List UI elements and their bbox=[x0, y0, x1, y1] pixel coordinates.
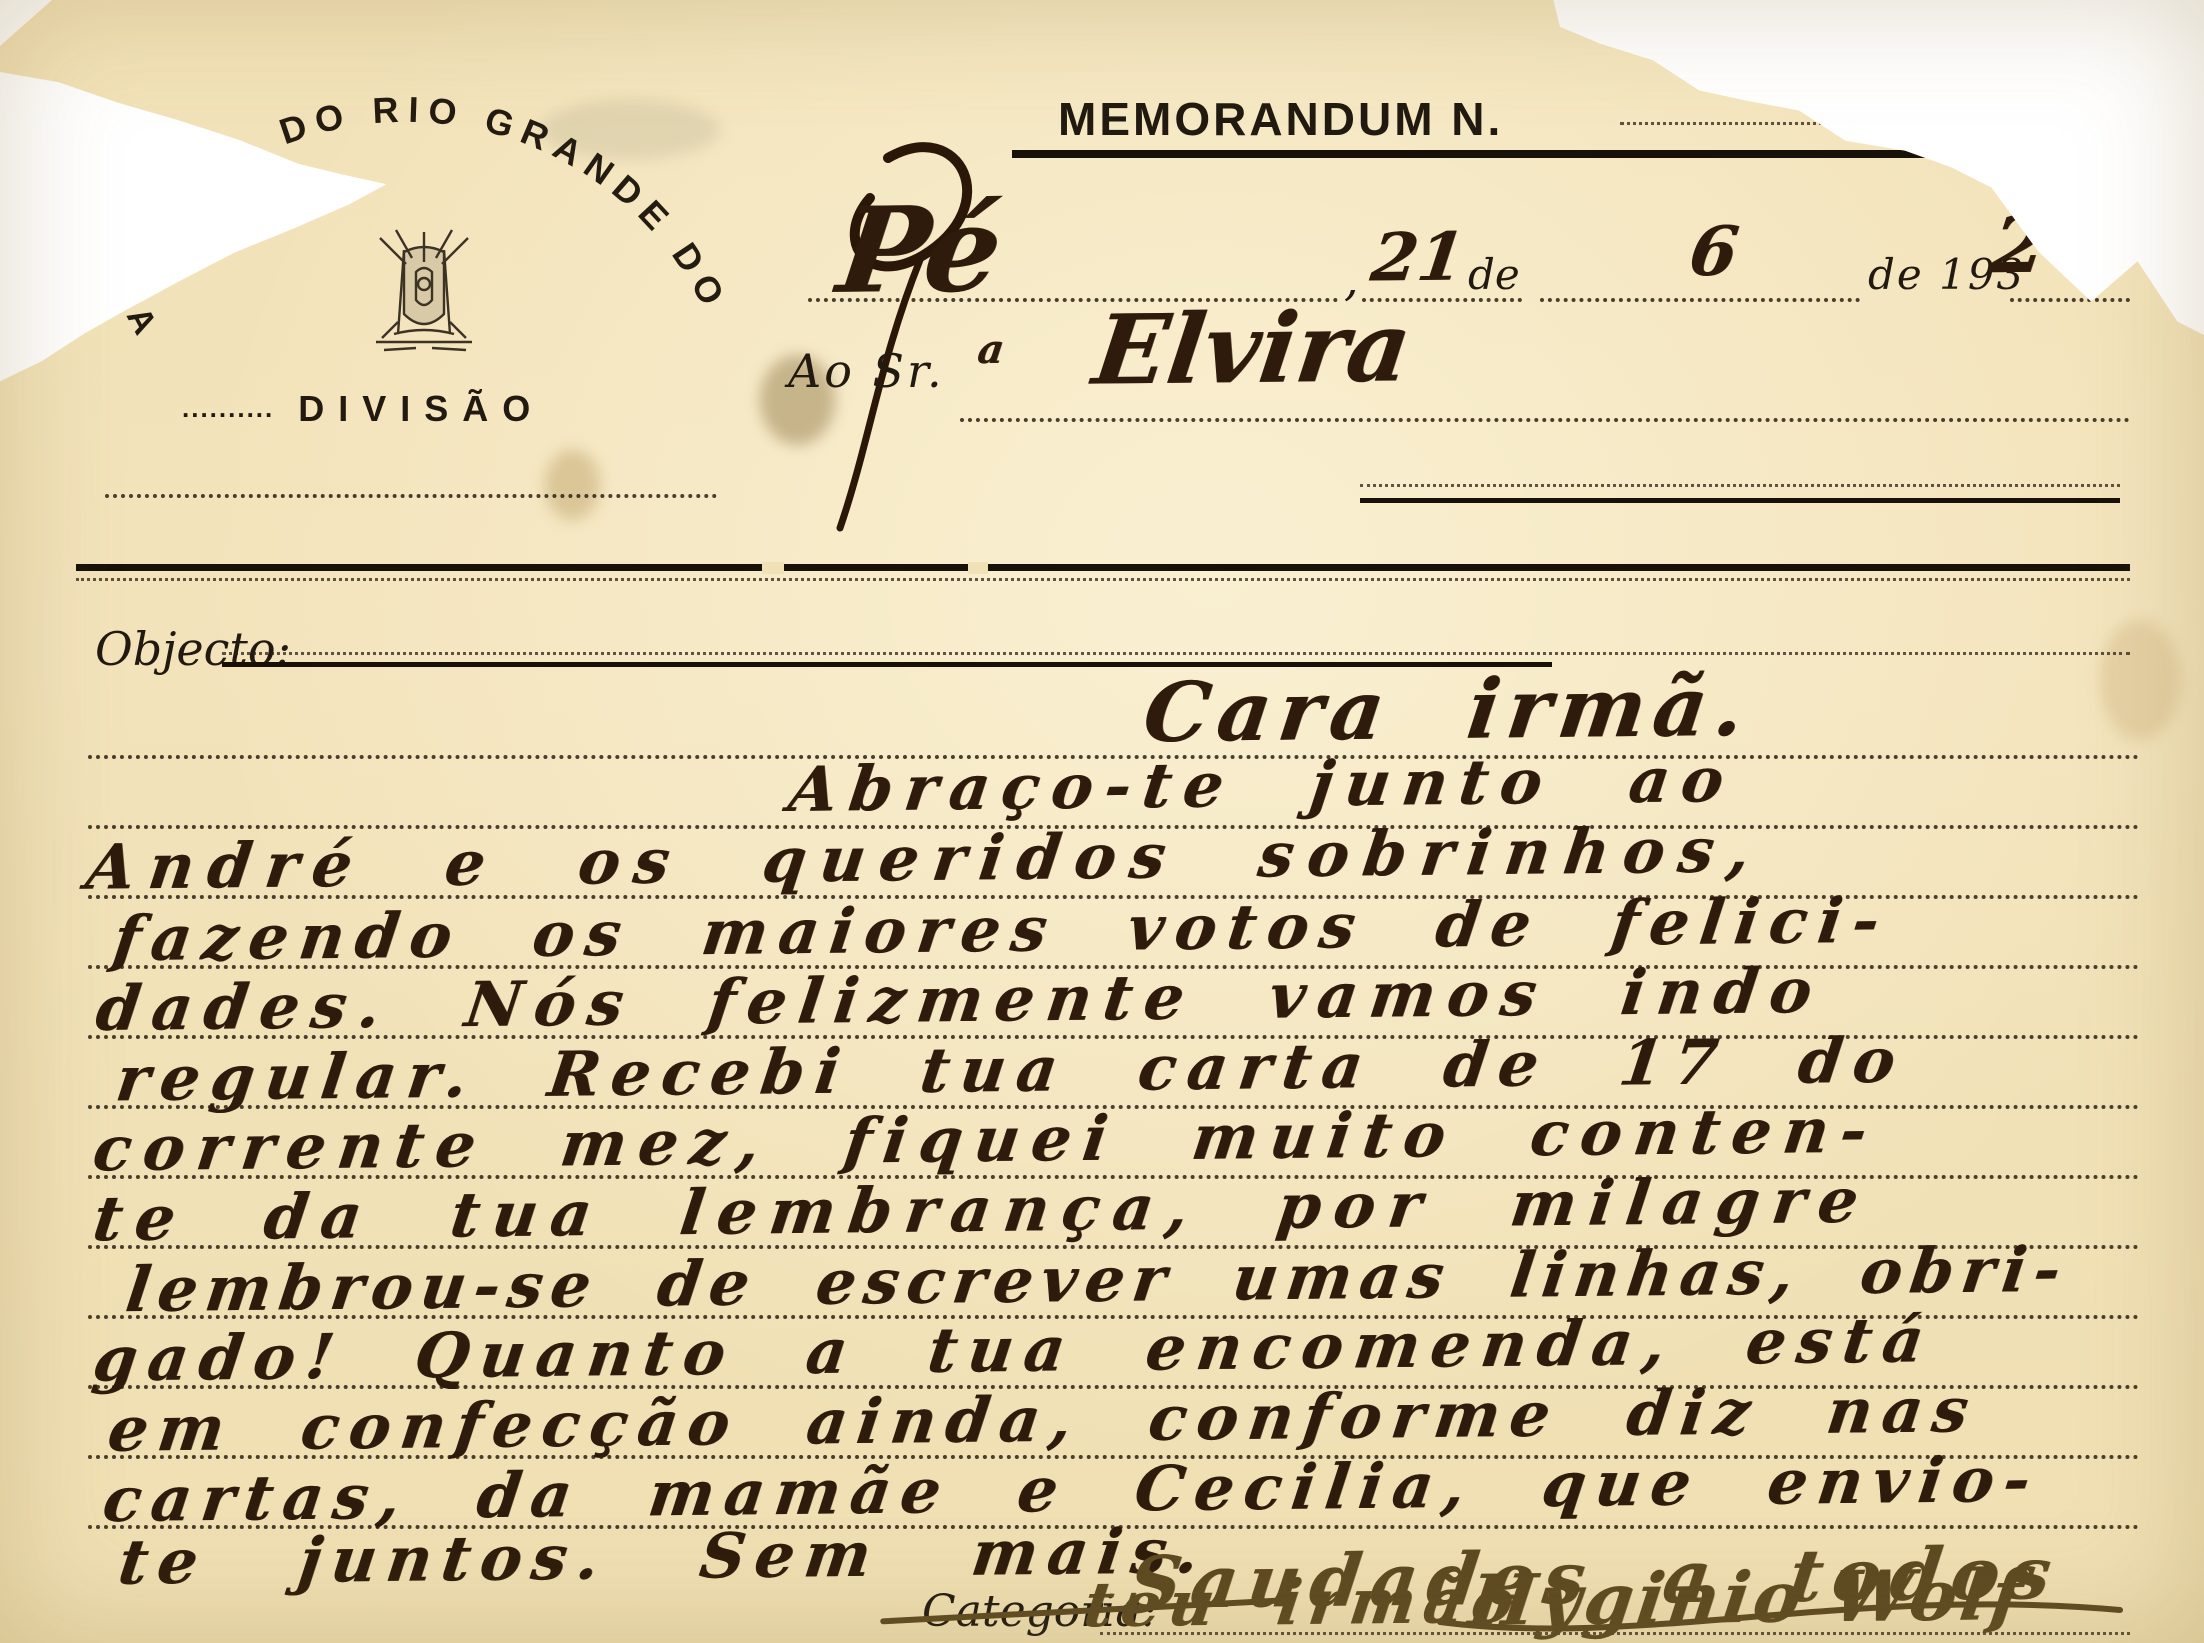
ruled-line bbox=[1360, 498, 2120, 503]
division-dots: .......... bbox=[182, 393, 274, 423]
division-row: .......... DIVISÃO bbox=[182, 388, 544, 430]
handwritten-addressee-name: Elvira bbox=[1087, 290, 1417, 406]
objecto-rule bbox=[222, 652, 2130, 655]
handwritten-place: Pé bbox=[831, 179, 1010, 320]
date-de-1: de bbox=[1468, 250, 1520, 299]
coat-of-arms-icon bbox=[358, 222, 490, 358]
ruled-line bbox=[76, 578, 2130, 581]
objecto-label: Objecto: bbox=[95, 622, 291, 676]
memorandum-title: MEMORANDUM N. bbox=[1058, 92, 1503, 146]
division-label: DIVISÃO bbox=[298, 388, 544, 429]
date-line-rule bbox=[1540, 298, 1860, 302]
heavy-rule-gap bbox=[968, 562, 988, 574]
memorandum-underline bbox=[1012, 150, 1932, 158]
addressee-label: Ao Sr. bbox=[788, 344, 945, 398]
heavy-rule bbox=[76, 564, 2130, 571]
paper-stain bbox=[545, 450, 600, 520]
signature-flourish bbox=[1420, 1570, 2140, 1643]
ruled-line bbox=[105, 494, 717, 498]
date-line-rule bbox=[2010, 298, 2130, 302]
handwritten-day: 21 bbox=[1367, 218, 1469, 297]
letter-line: Abraço-te junto ao bbox=[785, 743, 1740, 826]
ruled-line bbox=[1360, 484, 2120, 487]
addressee-rule bbox=[960, 418, 2130, 422]
heavy-rule-gap bbox=[762, 562, 784, 574]
paper-stain bbox=[2100, 620, 2180, 740]
scanned-memorandum-document: DO RIO GRANDE DO SUL VIA .......... DIVI… bbox=[0, 0, 2204, 1643]
